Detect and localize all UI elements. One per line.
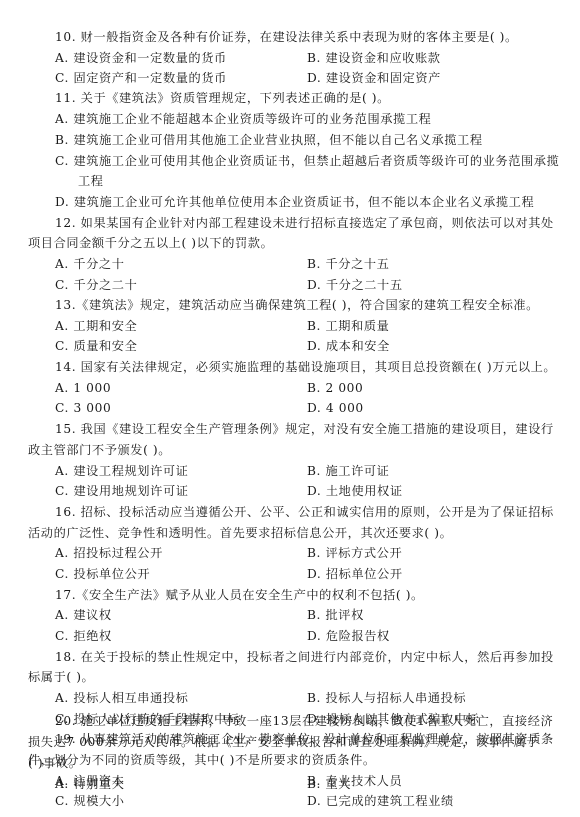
question-12-option-d: D. 千分之二十五 <box>307 277 403 293</box>
question-12-option-b: B. 千分之十五 <box>307 256 389 272</box>
question-16-option-a: A. 招投标过程公开 <box>55 545 163 561</box>
question-16-option-b: B. 评标方式公开 <box>307 545 402 561</box>
question-11-option-d: D. 建筑施工企业可允许其他单位使用本企业资质证书，但不能以本企业名义承揽工程 <box>55 194 534 210</box>
question-17-option-c: C. 拒绝权 <box>55 628 112 644</box>
question-18-stem-cont: 标属于( )。 <box>28 669 94 685</box>
question-16-stem-cont: 活动的广泛性、竞争性和透明性。首先要求招标信息公开，其次还要求( )。 <box>28 525 452 541</box>
question-15-stem: 15. 我国《建设工程安全生产管理条例》规定，对没有安全施工措施的建设项目，建设… <box>55 421 554 437</box>
question-12-option-c: C. 千分之二十 <box>55 277 137 293</box>
question-13-option-c: C. 质量和安全 <box>55 338 137 354</box>
question-19-option-c: C. 规模大小 <box>55 793 125 809</box>
question-20-stem: 20. 施工单位违反施工程序，导致一座13层在建楼房倒塌，致使1名工人死亡，直接… <box>55 713 553 729</box>
question-12-option-a: A. 千分之十 <box>55 256 125 272</box>
question-13-option-a: A. 工期和安全 <box>55 318 137 334</box>
question-10-option-a: A. 建设资金和一定数量的货币 <box>55 50 227 66</box>
question-14-option-c: C. 3 000 <box>55 400 111 416</box>
question-20-stem-cont-2: ( )事故。 <box>28 755 82 771</box>
question-16-option-c: C. 投标单位公开 <box>55 566 150 582</box>
question-11-option-c: C. 建筑施工企业可使用其他企业资质证书，但禁止超越后者资质等级许可的业务范围承… <box>55 153 559 169</box>
question-20-option-b: B. 重大 <box>307 776 351 792</box>
question-10-option-d: D. 建设资金和固定资产 <box>307 70 441 86</box>
question-14-option-b: B. 2 000 <box>307 380 363 396</box>
question-16-stem: 16. 招标、投标活动应当遵循公开、公平、公正和诚实信用的原则，公开是为了保证招… <box>55 504 554 520</box>
question-14-option-a: A. 1 000 <box>55 380 111 396</box>
question-18-option-a: A. 投标人相互串通投标 <box>55 690 188 706</box>
question-15-option-a: A. 建设工程规划许可证 <box>55 463 188 479</box>
question-11-option-c-cont: 工程 <box>78 173 104 189</box>
question-19-option-d: D. 已完成的建筑工程业绩 <box>307 793 454 809</box>
question-10-option-c: C. 固定资产和一定数量的货币 <box>55 70 227 86</box>
question-15-stem-cont: 政主管部门不予颁发( )。 <box>28 442 171 458</box>
question-18-option-b: B. 投标人与招标人串通投标 <box>307 690 466 706</box>
question-14-option-d: D. 4 000 <box>307 400 364 416</box>
question-15-option-b: B. 施工许可证 <box>307 463 389 479</box>
question-11-option-b: B. 建筑施工企业可借用其他施工企业营业执照，但不能以自己名义承揽工程 <box>55 132 483 148</box>
question-14-stem: 14. 国家有关法律规定，必须实施监理的基础设施项目，其项目总投资额在( )万元… <box>55 359 556 375</box>
question-10-stem: 10. 财一般指资金及各种有价证券，在建设法律关系中表现为财的客体主要是( )。 <box>55 29 518 45</box>
question-20-stem-cont-1: 损失达7 000余万元人民币。根据《生产安全事故报告和调查处理条例》规定，该事件… <box>28 734 539 750</box>
question-18-stem: 18. 在关于投标的禁止性规定中，投标者之间进行内部竞价，内定中标人，然后再参加… <box>55 649 554 665</box>
question-16-option-d: D. 招标单位公开 <box>307 566 403 582</box>
question-17-option-b: B. 批评权 <box>307 607 364 623</box>
question-17-option-a: A. 建议权 <box>55 607 112 623</box>
question-11-stem: 11. 关于《建筑法》资质管理规定，下列表述正确的是( )。 <box>55 90 390 106</box>
question-13-stem: 13.《建筑法》规定，建筑活动应当确保建筑工程( )，符合国家的建筑工程安全标准… <box>55 297 539 313</box>
question-17-option-d: D. 危险报告权 <box>307 628 390 644</box>
question-11-option-a: A. 建筑施工企业不能超越本企业资质等级许可的业务范围承揽工程 <box>55 111 431 127</box>
question-20-option-a: A. 特别重大 <box>55 776 125 792</box>
question-13-option-b: B. 工期和质量 <box>307 318 389 334</box>
question-10-option-b: B. 建设资金和应收账款 <box>307 50 441 66</box>
question-13-option-d: D. 成本和安全 <box>307 338 390 354</box>
question-15-option-d: D. 土地使用权证 <box>307 483 403 499</box>
question-12-stem: 12. 如果某国有企业针对内部工程建设未进行招标直接选定了承包商，则依法可以对其… <box>55 215 554 231</box>
question-12-stem-cont: 项目合同金额千分之五以上( )以下的罚款。 <box>28 235 273 251</box>
question-17-stem: 17.《安全生产法》赋予从业人员在安全生产中的权利不包括( )。 <box>55 587 424 603</box>
question-15-option-c: C. 建设用地规划许可证 <box>55 483 189 499</box>
